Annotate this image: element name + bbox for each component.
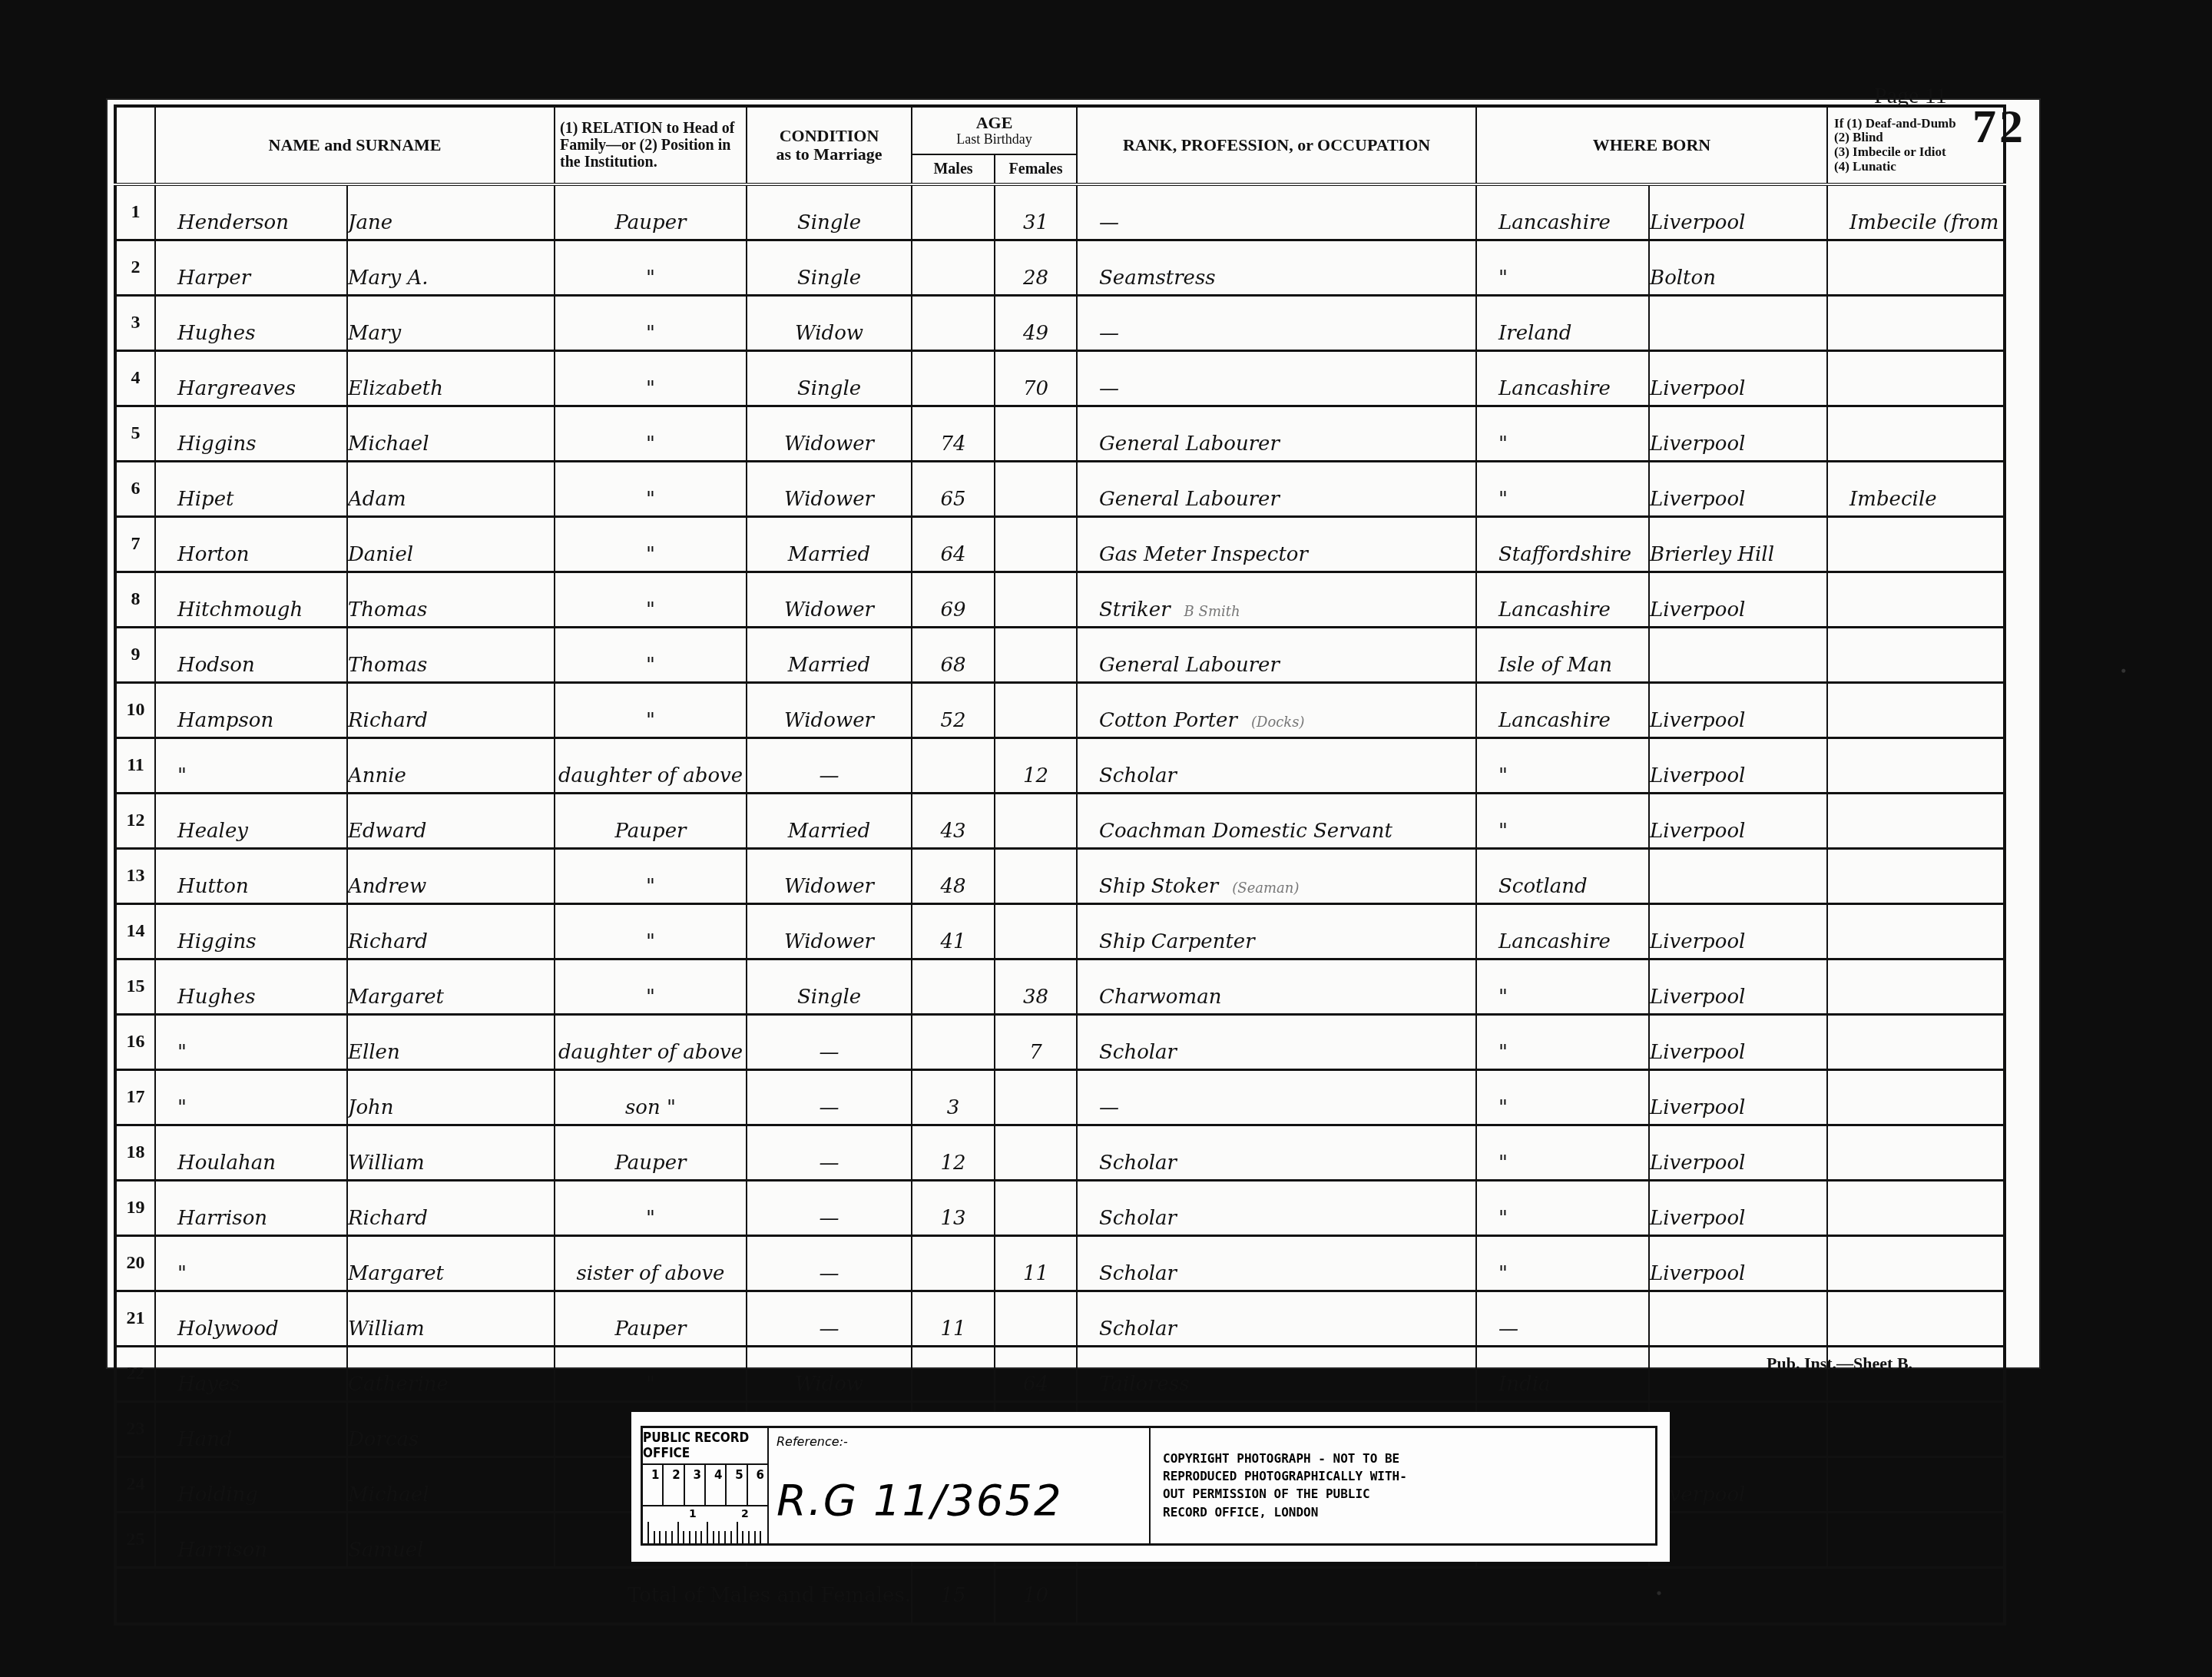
born-county-cell: ": [1476, 1070, 1649, 1125]
infirmity-cell: [1827, 1457, 2005, 1513]
copyright-line: COPYRIGHT PHOTOGRAPH - NOT TO BE: [1163, 1450, 1655, 1467]
forename-cell: Mary: [347, 296, 555, 351]
surname-cell: Houlahan: [155, 1125, 347, 1181]
infirmity-cell: Imbecile (from Birth): [1827, 184, 2005, 240]
occupation-note: (Docks): [1251, 714, 1305, 731]
forename-cell: Jane: [347, 184, 555, 240]
occupation-cell: Scholar: [1077, 1125, 1476, 1181]
condition-cell: —: [747, 1015, 912, 1070]
condition-cell: Single: [747, 184, 912, 240]
condition-cell: Widower: [747, 572, 912, 628]
forename-cell: Richard: [347, 683, 555, 738]
row-number: 22: [115, 1347, 155, 1402]
age-male-cell: 41: [912, 904, 995, 959]
census-row: 4HargreavesElizabeth"Single70—Lancashire…: [115, 351, 2005, 406]
age-female-cell: 49: [995, 296, 1077, 351]
born-county-cell: ": [1476, 406, 1649, 462]
surname-cell: ": [155, 1236, 347, 1291]
born-county-cell: Lancashire: [1476, 351, 1649, 406]
record-office-cell: 6: [748, 1465, 767, 1505]
surname-cell: Hand: [155, 1402, 347, 1457]
age-female-cell: 38: [995, 959, 1077, 1015]
census-row: 16"Ellendaughter of above—7Scholar"Liver…: [115, 1015, 2005, 1070]
condition-cell: Widow: [747, 1347, 912, 1402]
infirmity-cell: [1827, 1236, 2005, 1291]
census-row: 20"Margaretsister of above—11Scholar"Liv…: [115, 1236, 2005, 1291]
occupation-cell: Seamstress: [1077, 240, 1476, 296]
age-male-cell: [912, 1347, 995, 1402]
header-age: AGE Last Birthday: [912, 106, 1077, 154]
row-number: 14: [115, 904, 155, 959]
forename-cell: Adam: [347, 462, 555, 517]
condition-cell: Single: [747, 959, 912, 1015]
age-male-cell: [912, 1236, 995, 1291]
ruler-label: 2: [741, 1508, 749, 1520]
condition-cell: —: [747, 1125, 912, 1181]
record-office-box: PUBLIC RECORD OFFICE 123456 12 Reference…: [641, 1426, 1657, 1546]
header-where-born: WHERE BORN: [1476, 106, 1827, 184]
surname-cell: Holywood: [155, 1291, 347, 1347]
age-female-cell: [995, 1291, 1077, 1347]
relation-cell: ": [555, 296, 747, 351]
surname-cell: Hitchmough: [155, 572, 347, 628]
born-county-cell: Ireland: [1476, 296, 1649, 351]
census-row: 1HendersonJanePauperSingle31—LancashireL…: [115, 184, 2005, 240]
surname-cell: Hodson: [155, 628, 347, 683]
condition-cell: Single: [747, 351, 912, 406]
ruler-tick: [677, 1522, 679, 1543]
totals-blank: [1077, 1568, 2005, 1625]
ruler-tick: [700, 1531, 702, 1543]
condition-cell: Married: [747, 794, 912, 849]
relation-cell: ": [555, 683, 747, 738]
totals-label: Total of Males and Females.: [115, 1568, 912, 1625]
infirmity-cell: [1827, 904, 2005, 959]
age-female-cell: [995, 1125, 1077, 1181]
ruler-tick: [724, 1531, 726, 1543]
age-female-cell: [995, 628, 1077, 683]
occupation-cell: Scholar: [1077, 1291, 1476, 1347]
header-age-males: Males: [912, 154, 995, 184]
age-female-cell: [995, 517, 1077, 572]
surname-cell: Harrison: [155, 1513, 347, 1568]
row-number: 3: [115, 296, 155, 351]
age-female-cell: [995, 462, 1077, 517]
forename-cell: William: [347, 1125, 555, 1181]
copyright-line: OUT PERMISSION OF THE PUBLIC: [1163, 1485, 1655, 1503]
surname-cell: Holding: [155, 1457, 347, 1513]
relation-cell: Pauper: [555, 1125, 747, 1181]
occupation-cell: Scholar: [1077, 1015, 1476, 1070]
ruler-tick: [748, 1531, 750, 1543]
relation-cell: Pauper: [555, 794, 747, 849]
born-county-cell: ": [1476, 240, 1649, 296]
age-female-cell: [995, 849, 1077, 904]
infirmity-cell: [1827, 1181, 2005, 1236]
condition-cell: —: [747, 738, 912, 794]
born-place-cell: Liverpool: [1649, 1457, 1827, 1513]
row-number: 12: [115, 794, 155, 849]
age-male-cell: 65: [912, 462, 995, 517]
row-number: 21: [115, 1291, 155, 1347]
surname-cell: Harrison: [155, 1181, 347, 1236]
born-place-cell: Liverpool: [1649, 406, 1827, 462]
infirmity-cell: [1827, 738, 2005, 794]
header-condition: CONDITION as to Marriage: [747, 106, 912, 184]
born-place-cell: [1649, 1513, 1827, 1568]
census-table: NAME and SURNAME (1) RELATION to Head of…: [114, 104, 2006, 1626]
row-number: 17: [115, 1070, 155, 1125]
age-male-cell: 11: [912, 1291, 995, 1347]
forename-cell: Margaret: [347, 1236, 555, 1291]
row-number: 20: [115, 1236, 155, 1291]
age-male-cell: 64: [912, 517, 995, 572]
age-female-cell: [995, 572, 1077, 628]
born-county-cell: ": [1476, 1125, 1649, 1181]
age-female-cell: 31: [995, 184, 1077, 240]
occupation-cell: StrikerB Smith: [1077, 572, 1476, 628]
row-number: 24: [115, 1457, 155, 1513]
age-male-cell: 69: [912, 572, 995, 628]
age-female-cell: 64: [995, 1347, 1077, 1402]
surname-cell: Hampson: [155, 683, 347, 738]
born-place-cell: Liverpool: [1649, 904, 1827, 959]
forename-cell: Thomas: [347, 572, 555, 628]
born-county-cell: ": [1476, 1015, 1649, 1070]
header-age-title: AGE: [976, 113, 1013, 132]
record-office-cells: 123456: [643, 1465, 767, 1506]
condition-cell: Widower: [747, 406, 912, 462]
infirmity-cell: [1827, 240, 2005, 296]
ruler-label: 1: [689, 1508, 697, 1520]
relation-cell: ": [555, 628, 747, 683]
occupation-note: B Smith: [1184, 604, 1240, 620]
row-number: 13: [115, 849, 155, 904]
condition-cell: Widow: [747, 296, 912, 351]
age-male-cell: [912, 296, 995, 351]
ruler-tick: [659, 1531, 661, 1543]
age-female-cell: [995, 1070, 1077, 1125]
born-place-cell: [1649, 296, 1827, 351]
condition-cell: Widower: [747, 904, 912, 959]
surname-cell: Healey: [155, 794, 347, 849]
header-name: NAME and SURNAME: [155, 106, 555, 184]
age-male-cell: [912, 351, 995, 406]
surname-cell: Hutton: [155, 849, 347, 904]
born-place-cell: Liverpool: [1649, 351, 1827, 406]
forename-cell: Michael: [347, 406, 555, 462]
occupation-cell: Scholar: [1077, 1181, 1476, 1236]
row-number: 19: [115, 1181, 155, 1236]
age-male-cell: 43: [912, 794, 995, 849]
ruler-tick: [707, 1522, 708, 1543]
born-county-cell: ": [1476, 1181, 1649, 1236]
forename-cell: Thomas: [347, 628, 555, 683]
row-number: 6: [115, 462, 155, 517]
row-number: 18: [115, 1125, 155, 1181]
born-place-cell: Liverpool: [1649, 959, 1827, 1015]
row-number: 1: [115, 184, 155, 240]
born-place-cell: Liverpool: [1649, 1015, 1827, 1070]
record-office-title: PUBLIC RECORD OFFICE: [643, 1428, 767, 1465]
age-female-cell: 70: [995, 351, 1077, 406]
condition-cell: —: [747, 1236, 912, 1291]
reference-label: Reference:-: [777, 1434, 848, 1449]
census-row: 11"Anniedaughter of above—12Scholar"Live…: [115, 738, 2005, 794]
occupation-cell: Coachman Domestic Servant: [1077, 794, 1476, 849]
record-office-cell: 5: [727, 1465, 747, 1505]
record-office-cell: 4: [706, 1465, 727, 1505]
census-row: 19HarrisonRichard"—13Scholar"Liverpool: [115, 1181, 2005, 1236]
born-county-cell: Isle of Man: [1476, 628, 1649, 683]
surname-cell: Higgins: [155, 406, 347, 462]
surname-cell: Hughes: [155, 296, 347, 351]
relation-cell: ": [555, 904, 747, 959]
ruler-tick: [689, 1531, 690, 1543]
copyright-line: RECORD OFFICE, LONDON: [1163, 1503, 1655, 1521]
row-number: 16: [115, 1015, 155, 1070]
age-female-cell: [995, 406, 1077, 462]
surname-cell: ": [155, 738, 347, 794]
born-place-cell: [1649, 628, 1827, 683]
born-county-cell: India: [1476, 1347, 1649, 1402]
infirmity-cell: Imbecile: [1827, 462, 2005, 517]
relation-cell: ": [555, 849, 747, 904]
row-number: 4: [115, 351, 155, 406]
ruler-tick: [730, 1531, 732, 1543]
totals-males: 15: [912, 1568, 995, 1625]
totals-females: 10: [995, 1568, 1077, 1625]
age-male-cell: [912, 959, 995, 1015]
relation-cell: ": [555, 351, 747, 406]
row-number: 23: [115, 1402, 155, 1457]
infirmity-cell: [1827, 1513, 2005, 1568]
census-row: 21HolywoodWilliamPauper—11Scholar—: [115, 1291, 2005, 1347]
born-place-cell: [1649, 849, 1827, 904]
occupation-cell: General Labourer: [1077, 462, 1476, 517]
surname-cell: Hipet: [155, 462, 347, 517]
record-office-panel: PUBLIC RECORD OFFICE 123456 12: [643, 1428, 769, 1543]
age-female-cell: 12: [995, 738, 1077, 794]
census-row: 6HipetAdam"Widower65General Labourer"Liv…: [115, 462, 2005, 517]
header-age-sub: Last Birthday: [912, 132, 1076, 147]
infirmity-cell: [1827, 959, 2005, 1015]
born-county-cell: Lancashire: [1476, 904, 1649, 959]
header-infirmity: If (1) Deaf-and-Dumb (2) Blind (3) Imbec…: [1827, 106, 2005, 184]
condition-cell: —: [747, 1181, 912, 1236]
infirmity-cell: [1827, 406, 2005, 462]
occupation-cell: —: [1077, 184, 1476, 240]
born-place-cell: Liverpool: [1649, 738, 1827, 794]
surname-cell: Hargreaves: [155, 351, 347, 406]
age-female-cell: [995, 683, 1077, 738]
relation-cell: ": [555, 240, 747, 296]
born-place-cell: Liverpool: [1649, 1236, 1827, 1291]
born-county-cell: Lancashire: [1476, 683, 1649, 738]
infirmity-cell: [1827, 849, 2005, 904]
sheet-footer: Pub. Inst.—Sheet B.: [1767, 1354, 1912, 1374]
infirmity-cell: [1827, 1402, 2005, 1457]
forename-cell: Catherine: [347, 1347, 555, 1402]
born-place-cell: Liverpool: [1649, 683, 1827, 738]
born-place-cell: [1649, 1291, 1827, 1347]
row-number: 5: [115, 406, 155, 462]
occupation-cell: Ship Stoker(Seaman): [1077, 849, 1476, 904]
occupation-note: (Seaman): [1232, 880, 1299, 896]
relation-cell: ": [555, 1181, 747, 1236]
born-county-cell: Scotland: [1476, 849, 1649, 904]
relation-cell: son ": [555, 1070, 747, 1125]
occupation-cell: —: [1077, 351, 1476, 406]
ruler-tick: [718, 1531, 720, 1543]
occupation-cell: Cotton Porter(Docks): [1077, 683, 1476, 738]
row-number: 15: [115, 959, 155, 1015]
born-county-cell: —: [1476, 1291, 1649, 1347]
born-place-cell: Liverpool: [1649, 184, 1827, 240]
forename-cell: Edward: [347, 794, 555, 849]
forename-cell: Ellen: [347, 1015, 555, 1070]
forename-cell: Samuel: [347, 1513, 555, 1568]
reference-panel: Reference:- R.G 11/3652: [769, 1428, 1151, 1543]
occupation-cell: Scholar: [1077, 1236, 1476, 1291]
condition-cell: Single: [747, 240, 912, 296]
relation-cell: daughter of above: [555, 738, 747, 794]
born-county-cell: Lancashire: [1476, 572, 1649, 628]
infirmity-cell: [1827, 1125, 2005, 1181]
row-number: 9: [115, 628, 155, 683]
infirmity-cell: [1827, 1070, 2005, 1125]
surname-cell: ": [155, 1015, 347, 1070]
reference-value: R.G 11/3652: [777, 1476, 1063, 1526]
born-county-cell: ": [1476, 794, 1649, 849]
infirmity-cell: [1827, 572, 2005, 628]
census-row: 10HampsonRichard"Widower52Cotton Porter(…: [115, 683, 2005, 738]
relation-cell: sister of above: [555, 1236, 747, 1291]
ruler-tick: [760, 1531, 761, 1543]
census-row: 15HughesMargaret"Single38Charwoman"Liver…: [115, 959, 2005, 1015]
age-male-cell: 74: [912, 406, 995, 462]
ruler-tick: [737, 1522, 738, 1543]
condition-cell: Widower: [747, 462, 912, 517]
totals-row: Total of Males and Females. 15 10: [115, 1568, 2005, 1625]
age-male-cell: [912, 184, 995, 240]
age-male-cell: [912, 1015, 995, 1070]
age-female-cell: 28: [995, 240, 1077, 296]
age-female-cell: [995, 1181, 1077, 1236]
infirmity-cell: [1827, 1015, 2005, 1070]
condition-cell: Widower: [747, 683, 912, 738]
age-female-cell: [995, 904, 1077, 959]
surname-cell: Henderson: [155, 184, 347, 240]
born-place-cell: Bolton: [1649, 240, 1827, 296]
born-county-cell: Lancashire: [1476, 184, 1649, 240]
census-row: 8HitchmoughThomas"Widower69StrikerB Smit…: [115, 572, 2005, 628]
condition-cell: —: [747, 1291, 912, 1347]
born-place-cell: Liverpool: [1649, 1181, 1827, 1236]
occupation-cell: Tailoress: [1077, 1347, 1476, 1402]
census-row: 12HealeyEdwardPauperMarried43Coachman Do…: [115, 794, 2005, 849]
infirmity-cell: [1827, 296, 2005, 351]
header-relation: (1) RELATION to Head of Family—or (2) Po…: [555, 106, 747, 184]
row-number: 8: [115, 572, 155, 628]
infirmity-cell: [1827, 351, 2005, 406]
surname-cell: Higgins: [155, 904, 347, 959]
surname-cell: Harper: [155, 240, 347, 296]
age-male-cell: 13: [912, 1181, 995, 1236]
infirmity-cell: [1827, 628, 2005, 683]
forename-cell: William: [347, 1291, 555, 1347]
age-male-cell: 52: [912, 683, 995, 738]
forename-cell: Daniel: [347, 517, 555, 572]
condition-cell: Married: [747, 628, 912, 683]
born-place-cell: Liverpool: [1649, 462, 1827, 517]
header-age-females: Females: [995, 154, 1077, 184]
copyright-notice: COPYRIGHT PHOTOGRAPH - NOT TO BEREPRODUC…: [1151, 1428, 1655, 1543]
age-female-cell: 11: [995, 1236, 1077, 1291]
occupation-cell: Scholar: [1077, 738, 1476, 794]
surname-cell: Hayes: [155, 1347, 347, 1402]
infirmity-cell: [1827, 683, 2005, 738]
record-office-slip: PUBLIC RECORD OFFICE 123456 12 Reference…: [631, 1412, 1670, 1562]
record-office-cell: 2: [664, 1465, 684, 1505]
relation-cell: ": [555, 1347, 747, 1402]
row-number: 25: [115, 1513, 155, 1568]
relation-cell: ": [555, 462, 747, 517]
relation-cell: ": [555, 959, 747, 1015]
census-row: 18HoulahanWilliamPauper—12Scholar"Liverp…: [115, 1125, 2005, 1181]
forename-cell: Andrew: [347, 849, 555, 904]
ruler-tick: [683, 1531, 684, 1543]
row-number: 2: [115, 240, 155, 296]
row-number: 7: [115, 517, 155, 572]
census-row: 7HortonDaniel"Married64Gas Meter Inspect…: [115, 517, 2005, 572]
ruler-tick: [665, 1531, 667, 1543]
occupation-cell: —: [1077, 1070, 1476, 1125]
census-row: 9HodsonThomas"Married68General LabourerI…: [115, 628, 2005, 683]
age-male-cell: 12: [912, 1125, 995, 1181]
born-county-cell: Staffordshire: [1476, 517, 1649, 572]
surname-cell: Horton: [155, 517, 347, 572]
occupation-cell: Gas Meter Inspector: [1077, 517, 1476, 572]
infirmity-cell: [1827, 517, 2005, 572]
relation-cell: ": [555, 572, 747, 628]
condition-cell: Married: [747, 517, 912, 572]
condition-cell: Widower: [747, 849, 912, 904]
relation-cell: daughter of above: [555, 1015, 747, 1070]
forename-cell: Richard: [347, 1181, 555, 1236]
born-place-cell: Liverpool: [1649, 572, 1827, 628]
ruler-tick: [713, 1531, 714, 1543]
forename-cell: Dorcas: [347, 1402, 555, 1457]
row-number: 10: [115, 683, 155, 738]
census-row: 2HarperMary A."Single28Seamstress"Bolton: [115, 240, 2005, 296]
census-row: 5HigginsMichael"Widower74General Laboure…: [115, 406, 2005, 462]
born-place-cell: Brierley Hill: [1649, 517, 1827, 572]
age-male-cell: [912, 738, 995, 794]
occupation-cell: General Labourer: [1077, 406, 1476, 462]
born-place-cell: Liverpool: [1649, 794, 1827, 849]
ruler-tick: [647, 1522, 649, 1543]
born-county-cell: ": [1476, 462, 1649, 517]
surname-cell: Hughes: [155, 959, 347, 1015]
born-place-cell: [1649, 1402, 1827, 1457]
relation-cell: Pauper: [555, 1291, 747, 1347]
census-row: 14HigginsRichard"Widower41Ship Carpenter…: [115, 904, 2005, 959]
ruler-tick: [754, 1531, 756, 1543]
record-office-cell: 1: [643, 1465, 664, 1505]
born-place-cell: Liverpool: [1649, 1125, 1827, 1181]
condition-cell: —: [747, 1070, 912, 1125]
